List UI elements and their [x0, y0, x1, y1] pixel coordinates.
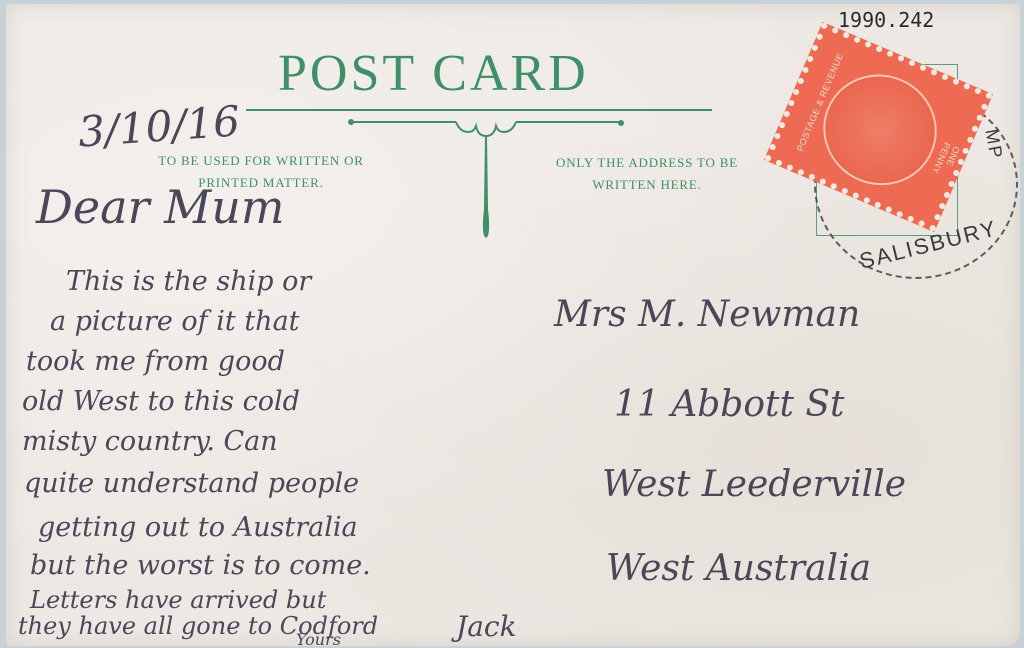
message-line: but the worst is to come. [30, 550, 371, 581]
message-line: quite understand people [24, 468, 359, 499]
address-line: 11 Abbott St [614, 384, 845, 425]
right-instruction-line-2: WRITTEN HERE. [516, 174, 778, 196]
address-line: Mrs M. Newman [554, 294, 860, 335]
left-instruction-line-1: TO BE USED FOR WRITTEN OR [111, 150, 411, 172]
address-line: West Leederville [602, 464, 906, 505]
message-line: Letters have arrived but [30, 586, 326, 614]
closing: Yours [296, 630, 341, 648]
address-line: West Australia [606, 548, 871, 589]
title-rule [246, 109, 712, 111]
message-line: a picture of it that [50, 306, 300, 337]
message-line: old West to this cold [22, 386, 300, 417]
message-line: getting out to Australia [38, 512, 358, 543]
postcard-title: POST CARD [278, 44, 589, 103]
right-instruction-line-1: ONLY THE ADDRESS TO BE [516, 152, 778, 174]
postmark-suffix: MP [980, 127, 1006, 161]
handwritten-date: 3/10/16 [76, 96, 241, 156]
greeting: Dear Mum [36, 180, 285, 234]
signature: Jack [456, 610, 517, 643]
right-instruction: ONLY THE ADDRESS TO BE WRITTEN HERE. [516, 152, 778, 196]
message-line: This is the ship or [66, 266, 311, 297]
message-line: misty country. Can [22, 426, 278, 457]
message-line: took me from good [26, 346, 285, 377]
catalogue-number: 1990.242 [838, 8, 934, 32]
postcard: 1990.242 POST CARD TO BE USED FOR WRITTE… [6, 4, 1020, 646]
